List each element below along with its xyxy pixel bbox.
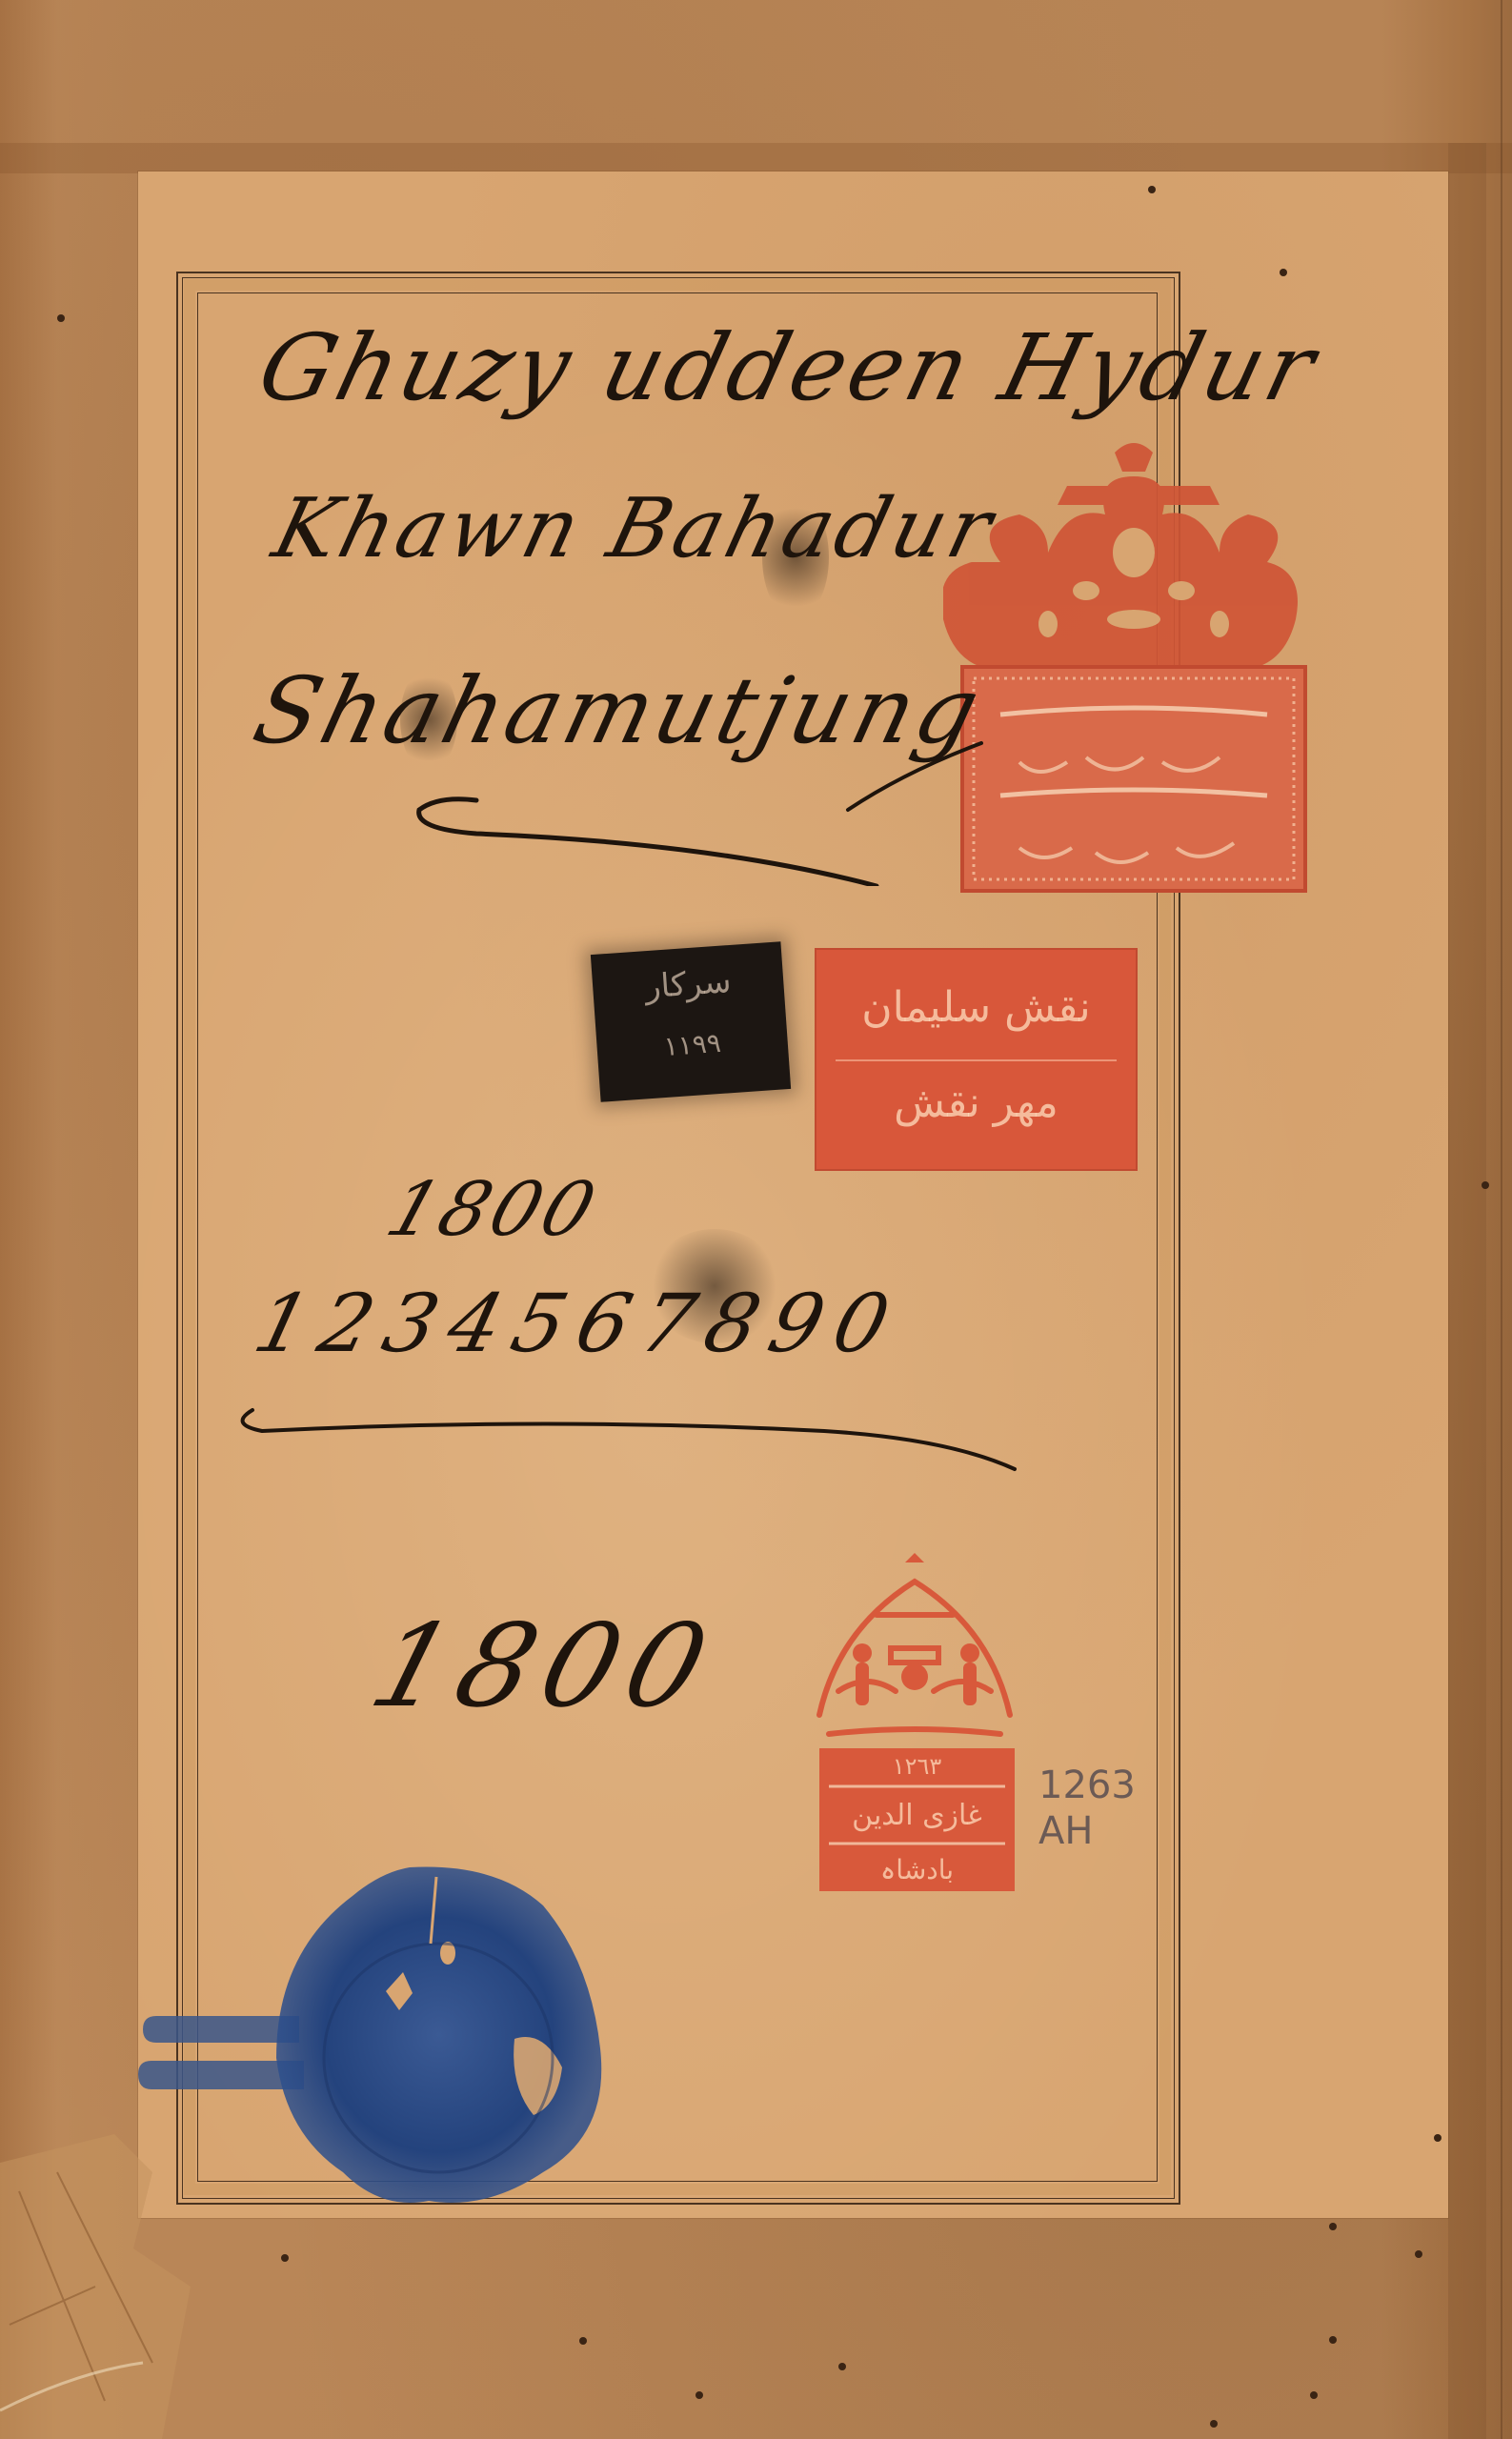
- red-rectangle-seal: نقش سلیمان مهر نقش: [815, 948, 1138, 1171]
- wormhole: [1280, 269, 1287, 276]
- wormhole: [1434, 2134, 1441, 2142]
- black-seal-text-1: سرکار: [592, 958, 784, 1010]
- seal-divider: [836, 1059, 1117, 1061]
- ink-smudge: [400, 667, 457, 772]
- wormhole: [281, 2254, 289, 2262]
- wormhole: [696, 2391, 703, 2399]
- wormhole: [1148, 186, 1156, 193]
- wormhole: [1329, 2336, 1337, 2344]
- red-seal-text-1: نقش سلیمان: [816, 983, 1136, 1032]
- inscription-line-1: Ghuzy uddeen Hydur: [249, 314, 1328, 421]
- board-stain-right: [1448, 143, 1486, 2439]
- pencil-note-year: 1263: [1038, 1763, 1136, 1808]
- figural-seal-text-1: ١٢٦٣: [819, 1753, 1015, 1780]
- torn-corner: [0, 2134, 257, 2439]
- pencil-note: 1263 AH: [1038, 1763, 1136, 1854]
- wormhole: [1415, 2250, 1422, 2258]
- board-edge: [1501, 0, 1502, 2439]
- wormhole: [57, 314, 65, 322]
- inscription-line-2: Khawn Bahadur: [265, 481, 1005, 576]
- year-small: 1800: [376, 1167, 609, 1253]
- wormhole: [1329, 2223, 1337, 2230]
- ink-smudge: [762, 495, 829, 619]
- figural-seal-text-3: بادشاہ: [819, 1854, 1015, 1885]
- tail-stroke: [838, 734, 991, 819]
- board-stain-top: [0, 143, 1512, 173]
- black-seal: سرکار ١١٩٩: [591, 941, 791, 1102]
- wormhole: [1210, 2420, 1218, 2428]
- wormhole: [1310, 2391, 1318, 2399]
- black-seal-text-2: ١١٩٩: [596, 1022, 789, 1067]
- underline-swash-top: [410, 781, 905, 886]
- figural-seal-text-2: غازی الدین: [819, 1799, 1015, 1832]
- year-large: 1800: [357, 1601, 732, 1733]
- crown-seal-icon: [943, 429, 1324, 905]
- digit-row: 1234567890: [246, 1277, 912, 1370]
- wormhole: [1482, 1181, 1489, 1189]
- wormhole: [579, 2337, 587, 2345]
- underline-swash-long: [233, 1401, 1034, 1477]
- pencil-note-era: AH: [1038, 1808, 1136, 1854]
- wormhole: [838, 2363, 846, 2370]
- figural-seal-text: ١٢٦٣ غازی الدین بادشاہ: [819, 1751, 1015, 1894]
- red-seal-text-2: مهر نقش: [816, 1078, 1136, 1127]
